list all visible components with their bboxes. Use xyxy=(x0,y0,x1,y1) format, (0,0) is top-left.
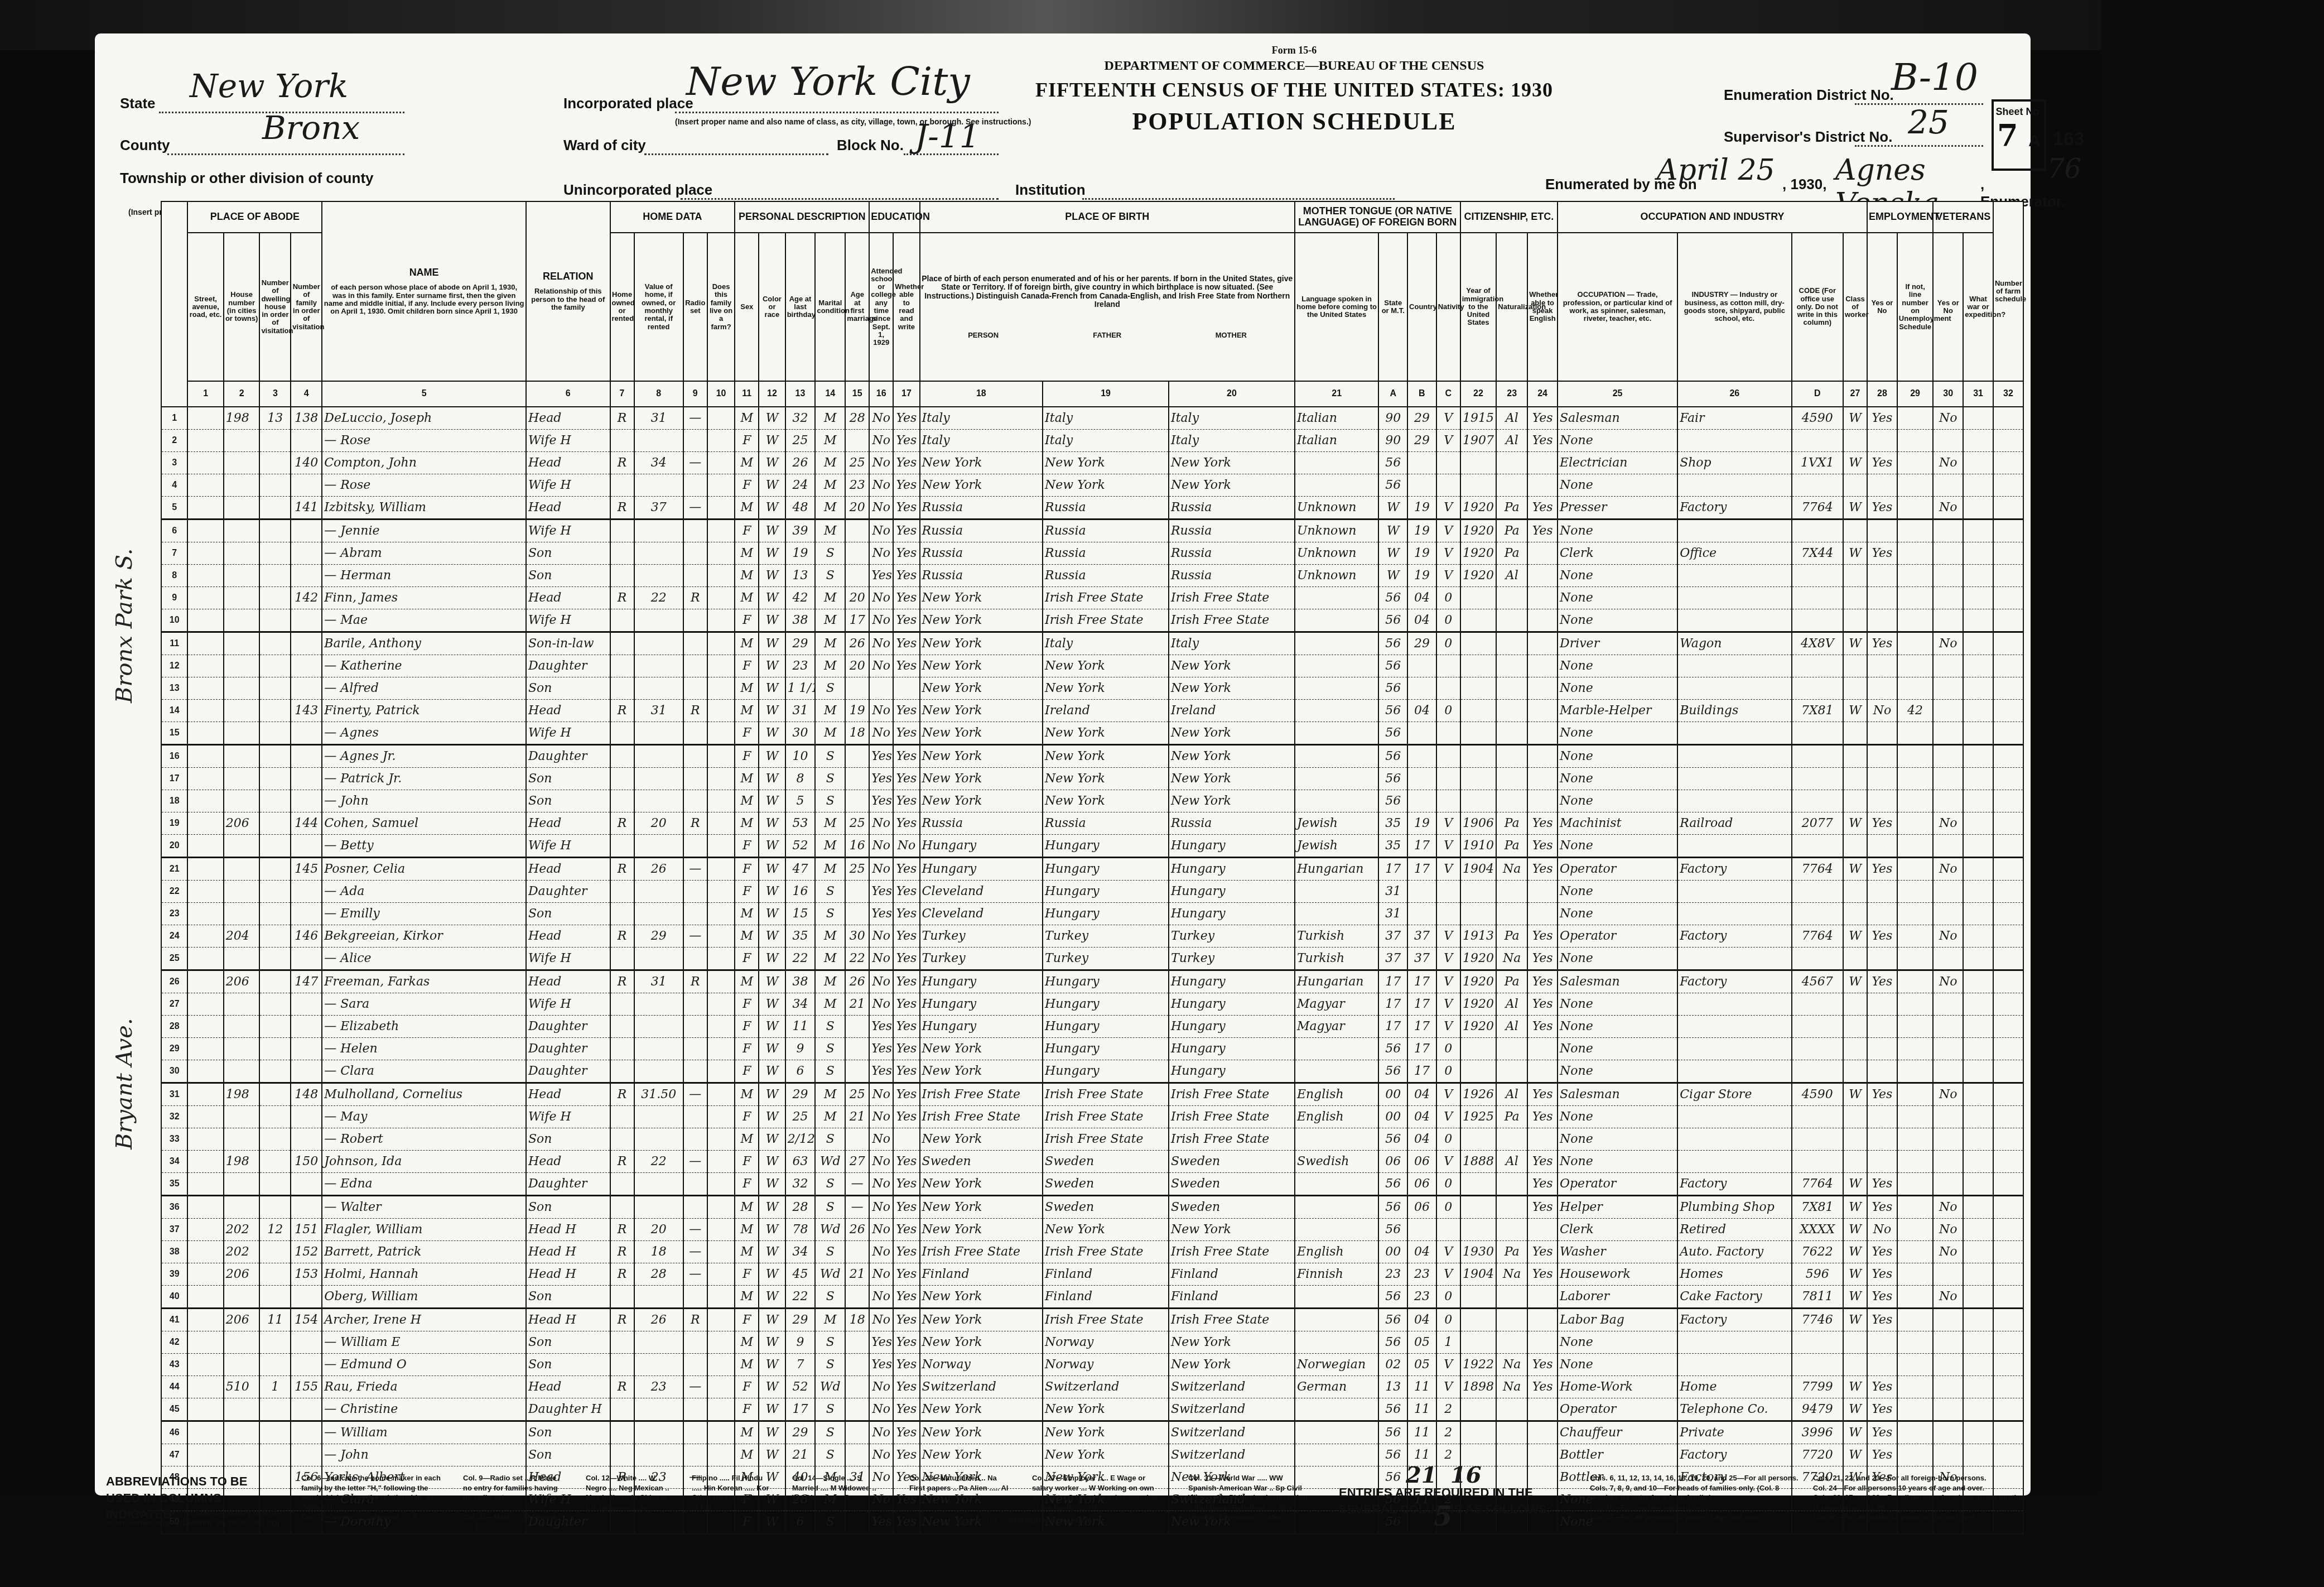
line-number: 6 xyxy=(161,520,187,542)
cell-code: 4567 xyxy=(1792,970,1844,993)
cell-lang: Italian xyxy=(1295,430,1379,452)
cell-c: 0 xyxy=(1436,1128,1460,1151)
cell-bf: Irish Free State xyxy=(1043,1241,1169,1263)
cell-bp: Russia xyxy=(920,520,1043,542)
cell-cls: W xyxy=(1843,1173,1867,1196)
column-number-12: 12 xyxy=(759,381,785,407)
cell-dw xyxy=(259,565,291,587)
cell-occ: None xyxy=(1558,655,1677,677)
cell-bf: Irish Free State xyxy=(1043,1128,1169,1151)
cell-yr xyxy=(1460,722,1497,745)
cell-farmno xyxy=(1993,722,2023,745)
cell-vet: No xyxy=(1933,452,1963,474)
cell-own xyxy=(610,948,634,970)
cell-un xyxy=(1897,812,1934,835)
cell-sex: F xyxy=(735,745,759,768)
cell-vet xyxy=(1933,1331,1963,1354)
cell-name: Compton, John xyxy=(322,452,526,474)
cell-eng xyxy=(1527,565,1558,587)
cell-war xyxy=(1963,520,1993,542)
cell-sch: No xyxy=(869,520,893,542)
cell-un xyxy=(1897,1106,1934,1128)
cell-code xyxy=(1792,1016,1844,1038)
cell-vet: No xyxy=(1933,1241,1963,1263)
cell-a: 56 xyxy=(1378,1060,1407,1083)
cell-bp: New York xyxy=(920,790,1043,812)
cell-rel: Head H xyxy=(526,1309,610,1331)
cell-cls: W xyxy=(1843,1219,1867,1241)
street-cell xyxy=(187,1060,224,1083)
cell-cls xyxy=(1843,677,1867,700)
cell-bf: Hungary xyxy=(1043,1060,1169,1083)
cell-name: Finn, James xyxy=(322,587,526,609)
cell-am: 21 xyxy=(845,993,869,1016)
cell-occ: None xyxy=(1558,993,1677,1016)
cell-sex: M xyxy=(735,542,759,565)
cell-eng xyxy=(1527,1331,1558,1354)
cell-mar: M xyxy=(815,970,845,993)
cell-rd: Yes xyxy=(893,1241,919,1263)
cell-bp: New York xyxy=(920,1060,1043,1083)
column-number-23: 23 xyxy=(1496,381,1527,407)
abbrev-col11: Col. 11—Male ..... M Female ..... F xyxy=(463,1512,563,1532)
cell-nat: Al xyxy=(1496,993,1527,1016)
cell-house: 198 xyxy=(224,1151,260,1173)
street-cell xyxy=(187,790,224,812)
line-number: 24 xyxy=(161,925,187,948)
cell-nat: Pa xyxy=(1496,542,1527,565)
cell-war xyxy=(1963,1286,1993,1309)
cell-age: 22 xyxy=(785,948,816,970)
col-C-header: Nativity xyxy=(1436,233,1460,381)
cell-sex: M xyxy=(735,768,759,790)
cell-am xyxy=(845,430,869,452)
cell-vet: No xyxy=(1933,1196,1963,1219)
sheet-number-value: 7 xyxy=(1997,118,2018,153)
county-value: Bronx xyxy=(262,109,360,147)
cell-nat: Na xyxy=(1496,858,1527,881)
cell-code: 7764 xyxy=(1792,497,1844,520)
cell-sex: F xyxy=(735,1151,759,1173)
cell-am: 27 xyxy=(845,1151,869,1173)
cell-bf: Hungary xyxy=(1043,993,1169,1016)
cell-vet xyxy=(1933,745,1963,768)
cell-rel: Head H xyxy=(526,1263,610,1286)
cell-sex: M xyxy=(735,790,759,812)
census-row: 26206147Freeman, FarkasHeadR31RMW38M26No… xyxy=(161,970,2023,993)
cell-emp xyxy=(1867,948,1897,970)
cell-sch: No xyxy=(869,1151,893,1173)
cell-un xyxy=(1897,1083,1934,1106)
line-number: 16 xyxy=(161,745,187,768)
street-cell xyxy=(187,1151,224,1173)
cell-bp: Italy xyxy=(920,430,1043,452)
cell-c: V xyxy=(1436,925,1460,948)
cell-bm: New York xyxy=(1169,452,1295,474)
cell-rd: Yes xyxy=(893,1151,919,1173)
cell-bf: New York xyxy=(1043,768,1169,790)
cell-ind xyxy=(1677,1151,1791,1173)
line-number: 14 xyxy=(161,700,187,722)
cell-cls: W xyxy=(1843,452,1867,474)
cell-vet xyxy=(1933,1398,1963,1421)
cell-am xyxy=(845,1241,869,1263)
cell-un xyxy=(1897,745,1934,768)
cell-nat xyxy=(1496,700,1527,722)
cell-cls xyxy=(1843,1106,1867,1128)
cell-nat: Pa xyxy=(1496,812,1527,835)
cell-war xyxy=(1963,565,1993,587)
cell-occ: None xyxy=(1558,722,1677,745)
cell-race: W xyxy=(759,1106,785,1128)
cell-occ: None xyxy=(1558,1016,1677,1038)
cell-race: W xyxy=(759,790,785,812)
cell-ind xyxy=(1677,677,1791,700)
col-30-header: Yes or No xyxy=(1933,233,1963,381)
cell-cls xyxy=(1843,1016,1867,1038)
cell-fam xyxy=(291,1196,322,1219)
cell-house xyxy=(224,430,260,452)
cell-dw xyxy=(259,655,291,677)
street-cell xyxy=(187,1309,224,1331)
entries-4: Col. 17—For all persons 10 years of age … xyxy=(1590,1512,1802,1522)
col-17-header: Whether able to read and write xyxy=(893,233,919,381)
cell-mar: M xyxy=(815,430,845,452)
census-row: 4— RoseWife HFW24M23NoYesNew YorkNew Yor… xyxy=(161,474,2023,497)
tally-3: 5 xyxy=(1434,1501,1452,1532)
cell-val: 23 xyxy=(634,1376,683,1398)
cell-b: 04 xyxy=(1407,1128,1436,1151)
cell-bf: Ireland xyxy=(1043,700,1169,722)
cell-name: — Sara xyxy=(322,993,526,1016)
cell-b: 19 xyxy=(1407,520,1436,542)
cell-cls: W xyxy=(1843,858,1867,881)
line-number: 1 xyxy=(161,407,187,430)
cell-val: 20 xyxy=(634,812,683,835)
cell-sex: F xyxy=(735,1106,759,1128)
cell-radio xyxy=(683,881,707,903)
cell-house: 510 xyxy=(224,1376,260,1398)
cell-house xyxy=(224,1196,260,1219)
cell-emp xyxy=(1867,1106,1897,1128)
cell-race: W xyxy=(759,812,785,835)
cell-sex: M xyxy=(735,677,759,700)
cell-rd: Yes xyxy=(893,1376,919,1398)
street-cell xyxy=(187,430,224,452)
cell-bf: Hungary xyxy=(1043,970,1169,993)
cell-am: 26 xyxy=(845,632,869,655)
cell-age: 31 xyxy=(785,700,816,722)
census-row: 29— HelenDaughterFW9SYesYesNew YorkHunga… xyxy=(161,1038,2023,1060)
line-number: 21 xyxy=(161,858,187,881)
cell-emp xyxy=(1867,430,1897,452)
cell-c xyxy=(1436,745,1460,768)
cell-bm: Russia xyxy=(1169,812,1295,835)
cell-farm xyxy=(707,1083,735,1106)
cell-bm: Finland xyxy=(1169,1263,1295,1286)
cell-lang: Unknown xyxy=(1295,542,1379,565)
tongue-group-header: MOTHER TONGUE (OR NATIVE LANGUAGE) OF FO… xyxy=(1295,201,1460,233)
cell-fam xyxy=(291,1331,322,1354)
cell-b: 11 xyxy=(1407,1376,1436,1398)
cell-eng: Yes xyxy=(1527,1354,1558,1376)
cell-nat xyxy=(1496,790,1527,812)
cell-rd: Yes xyxy=(893,1016,919,1038)
census-row: 20— BettyWife HFW52M16NoNoHungaryHungary… xyxy=(161,835,2023,858)
cell-bp: Russia xyxy=(920,565,1043,587)
cell-rel: Wife H xyxy=(526,474,610,497)
cell-lang: Norwegian xyxy=(1295,1354,1379,1376)
cell-ind: Auto. Factory xyxy=(1677,1241,1791,1263)
col-25-header: OCCUPATION — Trade, profession, or parti… xyxy=(1558,233,1677,381)
cell-val: 22 xyxy=(634,1151,683,1173)
street-cell xyxy=(187,925,224,948)
cell-age: 78 xyxy=(785,1219,816,1241)
cell-own xyxy=(610,835,634,858)
cell-mar: S xyxy=(815,1286,845,1309)
cell-age: 32 xyxy=(785,407,816,430)
census-row: 6— JennieWife HFW39MNoYesRussiaRussiaRus… xyxy=(161,520,2023,542)
cell-house: 198 xyxy=(224,407,260,430)
cell-yr: 1906 xyxy=(1460,812,1497,835)
cell-radio xyxy=(683,1421,707,1444)
cell-farm xyxy=(707,1106,735,1128)
cell-emp xyxy=(1867,474,1897,497)
cell-c: V xyxy=(1436,1083,1460,1106)
cell-sch: Yes xyxy=(869,1060,893,1083)
cell-radio xyxy=(683,609,707,632)
cell-name: — Agnes Jr. xyxy=(322,745,526,768)
cell-farm xyxy=(707,430,735,452)
cell-bp: Russia xyxy=(920,542,1043,565)
cell-emp xyxy=(1867,768,1897,790)
cell-c: 0 xyxy=(1436,700,1460,722)
cell-occ: None xyxy=(1558,903,1677,925)
line-number: 27 xyxy=(161,993,187,1016)
cell-sch: No xyxy=(869,1128,893,1151)
cell-race: W xyxy=(759,858,785,881)
cell-bp: Turkey xyxy=(920,925,1043,948)
cell-house xyxy=(224,1398,260,1421)
street-cell xyxy=(187,407,224,430)
cell-fam xyxy=(291,768,322,790)
cell-un xyxy=(1897,1309,1934,1331)
cell-emp: Yes xyxy=(1867,1376,1897,1398)
cell-own xyxy=(610,1421,634,1444)
cell-emp xyxy=(1867,587,1897,609)
cell-a: 13 xyxy=(1378,1376,1407,1398)
cell-sex: F xyxy=(735,858,759,881)
cell-name: — Alfred xyxy=(322,677,526,700)
cell-bm: Hungary xyxy=(1169,881,1295,903)
cell-a: 56 xyxy=(1378,768,1407,790)
cell-lang: Magyar xyxy=(1295,993,1379,1016)
census-row: 13— AlfredSonMW1 1/12SNew YorkNew YorkNe… xyxy=(161,677,2023,700)
cell-name: — Jennie xyxy=(322,520,526,542)
cell-war xyxy=(1963,1151,1993,1173)
cell-fam: 150 xyxy=(291,1151,322,1173)
cell-mar: Wd xyxy=(815,1376,845,1398)
cell-b: 04 xyxy=(1407,1309,1436,1331)
cell-eng xyxy=(1527,1421,1558,1444)
cell-un xyxy=(1897,542,1934,565)
cell-vet xyxy=(1933,430,1963,452)
cell-bp: Hungary xyxy=(920,835,1043,858)
abbrev-note: [Use no abbreviations for State or count… xyxy=(106,1508,285,1527)
cell-rd: Yes xyxy=(893,565,919,587)
cell-cls: W xyxy=(1843,1398,1867,1421)
cell-bp: Hungary xyxy=(920,858,1043,881)
cell-c: 0 xyxy=(1436,1173,1460,1196)
cell-eng xyxy=(1527,1038,1558,1060)
cell-rd: Yes xyxy=(893,655,919,677)
cell-bf: Irish Free State xyxy=(1043,1083,1169,1106)
cell-fam xyxy=(291,1444,322,1466)
margin-street-2: Bryant Ave. xyxy=(112,1018,137,1150)
line-number: 9 xyxy=(161,587,187,609)
cell-race: W xyxy=(759,745,785,768)
cell-eng xyxy=(1527,587,1558,609)
cell-eng xyxy=(1527,745,1558,768)
cell-farmno xyxy=(1993,700,2023,722)
cell-own xyxy=(610,565,634,587)
cell-ind xyxy=(1677,655,1791,677)
cell-b: 19 xyxy=(1407,497,1436,520)
cell-b xyxy=(1407,677,1436,700)
cell-bp: Irish Free State xyxy=(920,1083,1043,1106)
cell-emp xyxy=(1867,1151,1897,1173)
cell-lang xyxy=(1295,1219,1379,1241)
street-cell xyxy=(187,835,224,858)
cell-war xyxy=(1963,1309,1993,1331)
cell-un xyxy=(1897,925,1934,948)
cell-own: R xyxy=(610,452,634,474)
cell-age: 32 xyxy=(785,1173,816,1196)
entries-3: Col. 15—For married persons only. xyxy=(1590,1503,1802,1513)
cell-b: 04 xyxy=(1407,609,1436,632)
cell-race: W xyxy=(759,700,785,722)
cell-war xyxy=(1963,722,1993,745)
cell-race: W xyxy=(759,452,785,474)
cell-house xyxy=(224,632,260,655)
cell-b: 23 xyxy=(1407,1263,1436,1286)
cell-eng xyxy=(1527,790,1558,812)
schedule-title: POPULATION SCHEDULE xyxy=(1032,107,1556,136)
cell-lang xyxy=(1295,632,1379,655)
cell-code xyxy=(1792,430,1844,452)
cell-c: V xyxy=(1436,565,1460,587)
cell-eng xyxy=(1527,768,1558,790)
cell-dw xyxy=(259,948,291,970)
cell-a: W xyxy=(1378,497,1407,520)
cell-a: 56 xyxy=(1378,790,1407,812)
cell-am: 25 xyxy=(845,1083,869,1106)
cell-war xyxy=(1963,903,1993,925)
cell-am xyxy=(845,881,869,903)
cell-race: W xyxy=(759,835,785,858)
cell-code xyxy=(1792,587,1844,609)
cell-mar: M xyxy=(815,452,845,474)
cell-war xyxy=(1963,1263,1993,1286)
cell-name: Barrett, Patrick xyxy=(322,1241,526,1263)
cell-farmno xyxy=(1993,1083,2023,1106)
cell-race: W xyxy=(759,1219,785,1241)
cell-race: W xyxy=(759,1038,785,1060)
cell-c xyxy=(1436,768,1460,790)
cell-rel: Son xyxy=(526,1444,610,1466)
cell-rel: Son xyxy=(526,1354,610,1376)
cell-yr: 1920 xyxy=(1460,542,1497,565)
cell-code xyxy=(1792,948,1844,970)
cell-name: — Edmund O xyxy=(322,1354,526,1376)
cell-a: 56 xyxy=(1378,722,1407,745)
cell-val xyxy=(634,520,683,542)
cell-nat xyxy=(1496,903,1527,925)
cell-nat: Na xyxy=(1496,1263,1527,1286)
cell-farm xyxy=(707,407,735,430)
cell-race: W xyxy=(759,1376,785,1398)
cell-bm: New York xyxy=(1169,474,1295,497)
cell-a: 56 xyxy=(1378,452,1407,474)
cell-radio xyxy=(683,565,707,587)
cell-sex: M xyxy=(735,1421,759,1444)
cell-lang: Swedish xyxy=(1295,1151,1379,1173)
cell-radio xyxy=(683,520,707,542)
cell-am: 20 xyxy=(845,497,869,520)
cell-occ: None xyxy=(1558,609,1677,632)
cell-nat xyxy=(1496,609,1527,632)
cell-farmno xyxy=(1993,835,2023,858)
cell-own xyxy=(610,881,634,903)
cell-am xyxy=(845,1354,869,1376)
column-number-9: 9 xyxy=(683,381,707,407)
cell-eng: Yes xyxy=(1527,1106,1558,1128)
cell-un xyxy=(1897,835,1934,858)
cell-bp: New York xyxy=(920,1286,1043,1309)
cell-nat: Pa xyxy=(1496,1241,1527,1263)
cell-house: 202 xyxy=(224,1241,260,1263)
cell-dw xyxy=(259,1354,291,1376)
cell-bp: Italy xyxy=(920,407,1043,430)
column-number-14: 14 xyxy=(815,381,845,407)
census-row: 38202152Barrett, PatrickHead HR18—MW34SN… xyxy=(161,1241,2023,1263)
cell-house xyxy=(224,1060,260,1083)
cell-radio xyxy=(683,745,707,768)
cell-bm: Hungary xyxy=(1169,835,1295,858)
cell-age: 9 xyxy=(785,1331,816,1354)
cell-lang xyxy=(1295,903,1379,925)
cell-eng xyxy=(1527,655,1558,677)
cell-fam xyxy=(291,520,322,542)
cell-cls: W xyxy=(1843,1263,1867,1286)
cell-sch: No xyxy=(869,1421,893,1444)
cell-fam xyxy=(291,881,322,903)
census-row: 25— AliceWife HFW22M22NoYesTurkeyTurkeyT… xyxy=(161,948,2023,970)
cell-rel: Head xyxy=(526,497,610,520)
line-number: 18 xyxy=(161,790,187,812)
line-number: 15 xyxy=(161,722,187,745)
cell-ind xyxy=(1677,745,1791,768)
cell-bf: New York xyxy=(1043,474,1169,497)
cell-radio: — xyxy=(683,925,707,948)
cell-c: 0 xyxy=(1436,632,1460,655)
cell-c xyxy=(1436,655,1460,677)
cell-cls xyxy=(1843,881,1867,903)
cell-mar: M xyxy=(815,722,845,745)
cell-val xyxy=(634,835,683,858)
cell-fam xyxy=(291,1354,322,1376)
cell-occ: None xyxy=(1558,1106,1677,1128)
